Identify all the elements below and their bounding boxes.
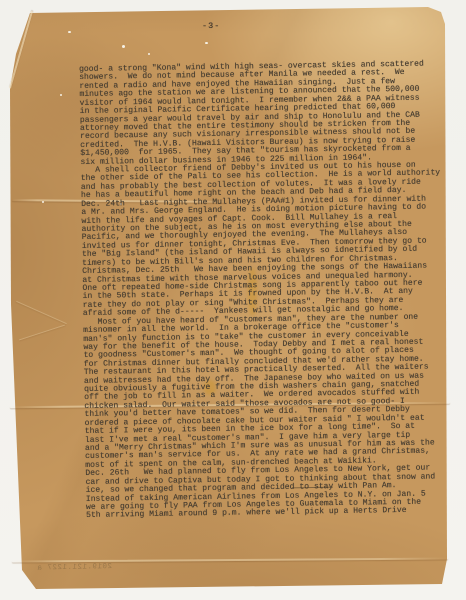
scanned-letter-page: -3- good- a strong "Kona" wind with high…	[0, 0, 466, 600]
page-number: -3-	[202, 21, 220, 31]
typed-text-block: good- a strong "Kona" wind with high sea…	[79, 60, 466, 521]
